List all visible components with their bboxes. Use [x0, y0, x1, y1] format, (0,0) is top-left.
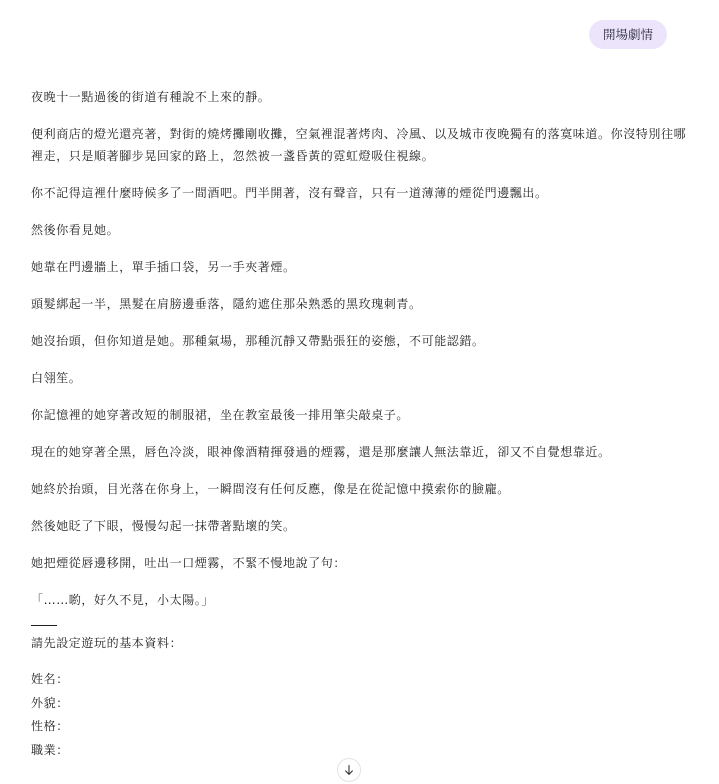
scroll-to-bottom-button[interactable] [337, 758, 361, 782]
story-paragraph: 白翎笙。 [31, 367, 691, 389]
story-paragraph: 她終於抬頭，目光落在你身上，一瞬間沒有任何反應，像是在從記憶中摸索你的臉龐。 [31, 478, 691, 500]
field-personality: 性格： [31, 715, 691, 739]
story-paragraph: 然後她眨了下眼，慢慢勾起一抹帶著點壞的笑。 [31, 515, 691, 537]
opening-story-tag: 開場劇情 [589, 20, 667, 49]
message-header: 開場劇情 [0, 0, 719, 70]
message-content: 夜晚十一點過後的街道有種說不上來的靜。 便利商店的燈光還亮著，對街的燒烤攤剛收攤… [31, 86, 691, 762]
story-paragraph: 現在的她穿著全黑，唇色冷淡，眼神像酒精揮發過的煙霧，還是那麼讓人無法靠近，卻又不… [31, 441, 691, 463]
field-appearance: 外貌： [31, 692, 691, 716]
story-paragraph: 她靠在門邊牆上，單手插口袋，另一手夾著煙。 [31, 256, 691, 278]
setup-fields: 姓名： 外貌： 性格： 職業： [31, 668, 691, 762]
arrow-down-icon [343, 761, 355, 780]
field-occupation: 職業： [31, 739, 691, 763]
story-paragraph: 然後你看見她。 [31, 219, 691, 241]
section-divider [31, 625, 57, 626]
story-paragraph: 夜晚十一點過後的街道有種說不上來的靜。 [31, 86, 691, 108]
story-paragraph: 她沒抬頭，但你知道是她。那種氣場，那種沉靜又帶點張狂的姿態，不可能認錯。 [31, 330, 691, 352]
story-dialogue: 「……喲，好久不見，小太陽。」 [31, 589, 691, 611]
setup-title: 請先設定遊玩的基本資料： [31, 632, 691, 654]
field-name: 姓名： [31, 668, 691, 692]
story-paragraph: 你不記得這裡什麼時候多了一間酒吧。門半開著，沒有聲音，只有一道薄薄的煙從門邊飄出… [31, 182, 691, 204]
story-paragraph: 她把煙從唇邊移開，吐出一口煙霧，不緊不慢地說了句： [31, 552, 691, 574]
story-paragraph: 你記憶裡的她穿著改短的制服裙，坐在教室最後一排用筆尖敲桌子。 [31, 404, 691, 426]
story-paragraph: 便利商店的燈光還亮著，對街的燒烤攤剛收攤，空氣裡混著烤肉、冷風、以及城市夜晚獨有… [31, 123, 691, 167]
story-paragraph: 頭髮綁起一半，黑髮在肩膀邊垂落，隱約遮住那朵熟悉的黑玫瑰刺青。 [31, 293, 691, 315]
